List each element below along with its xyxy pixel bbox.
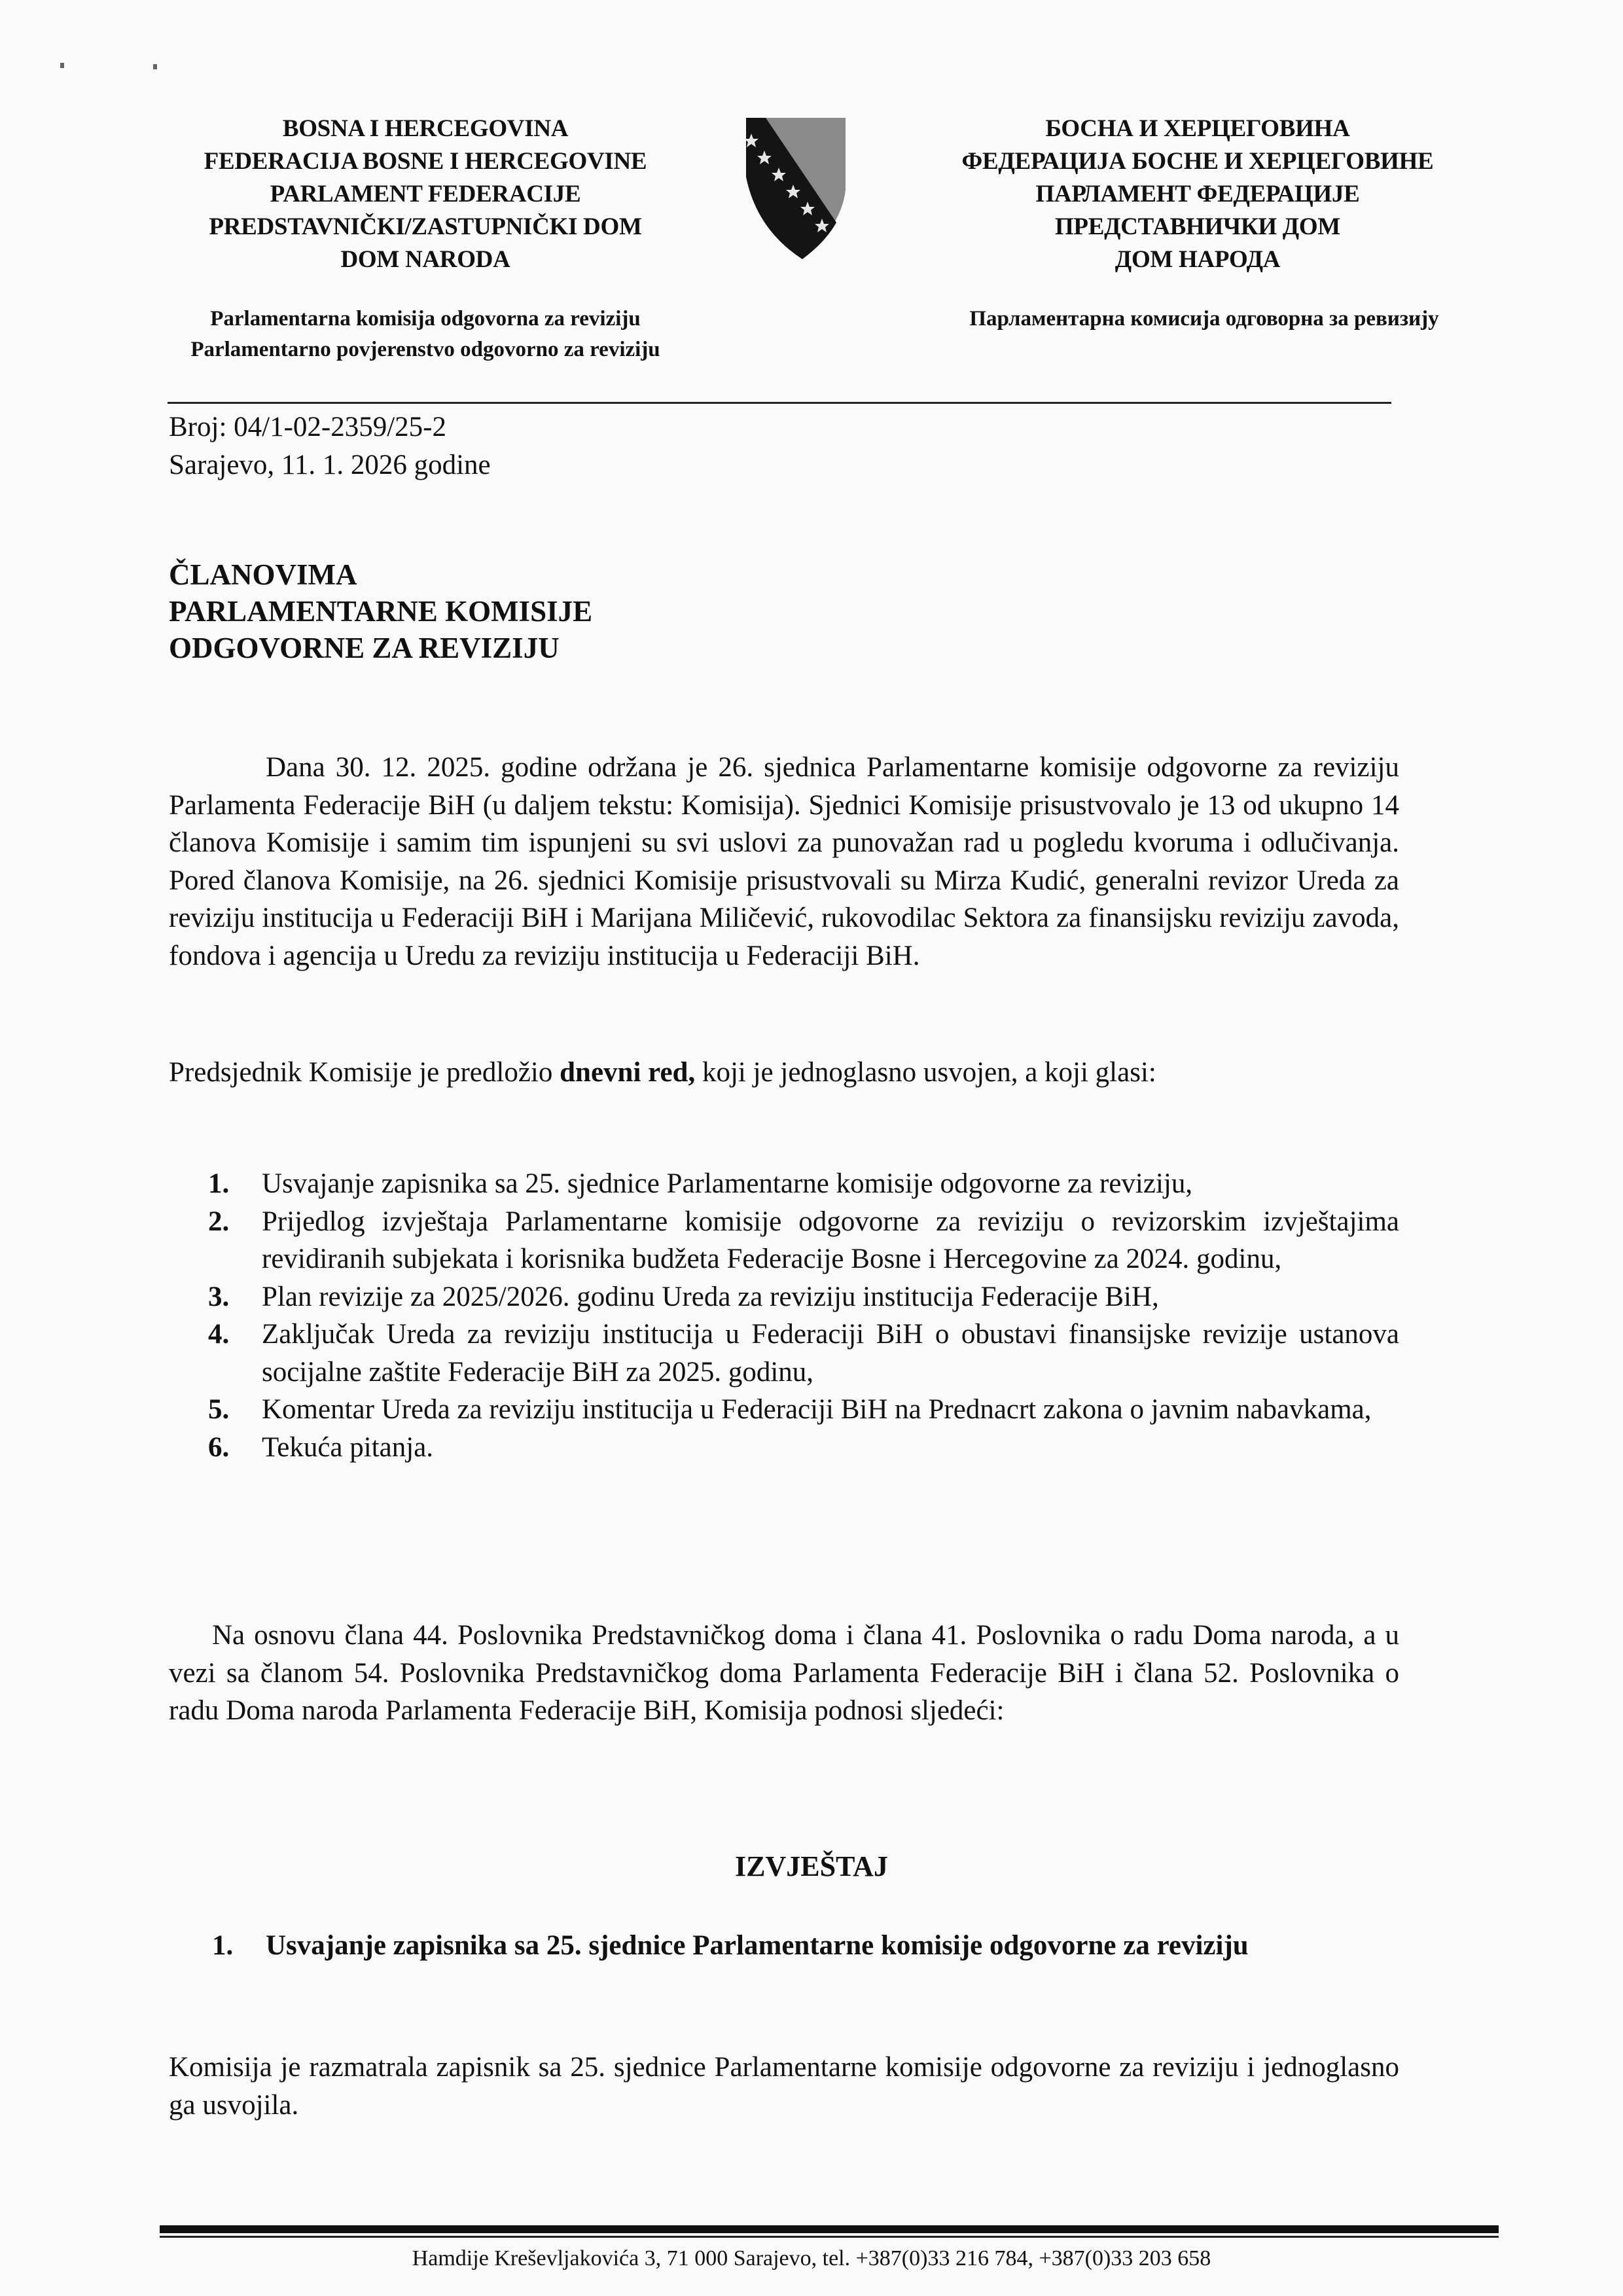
recipient-block: ČLANOVIMA PARLAMENTARNE KOMISIJE ODGOVOR… bbox=[169, 556, 592, 666]
footer-address: Hamdije Kreševljakovića 3, 71 000 Saraje… bbox=[0, 2246, 1623, 2271]
agenda-intro: Predsjednik Komisije je predložio dnevni… bbox=[169, 1054, 1399, 1092]
agenda-item-number: 2. bbox=[208, 1203, 229, 1241]
letterhead-line: PARLAMENT FEDERACIJE bbox=[131, 178, 720, 211]
agenda-list: 1.Usvajanje zapisnika sa 25. sjednice Pa… bbox=[203, 1165, 1399, 1466]
agenda-item-number: 4. bbox=[208, 1316, 229, 1354]
agenda-item-text: Plan revizije za 2025/2026. godinu Ureda… bbox=[262, 1282, 1159, 1312]
bih-coat-of-arms-icon bbox=[737, 111, 855, 263]
committee-line: Парламентарна комисија одговорна за реви… bbox=[890, 304, 1518, 334]
report-item-heading: 1. Usvajanje zapisnika sa 25. sjednice P… bbox=[209, 1927, 1399, 1964]
agenda-item: 2.Prijedlog izvještaja Parlamentarne kom… bbox=[203, 1203, 1399, 1278]
agenda-item-number: 6. bbox=[208, 1429, 229, 1467]
committee-name-latin: Parlamentarna komisija odgovorna za revi… bbox=[98, 304, 753, 365]
footer-divider-thin bbox=[160, 2236, 1499, 2238]
report-item-number: 1. bbox=[212, 1927, 233, 1964]
letterhead-line: FEDERACIJA BOSNE I HERCEGOVINE bbox=[131, 145, 720, 178]
agenda-item-number: 5. bbox=[208, 1391, 229, 1429]
agenda-item-text: Komentar Ureda za reviziju institucija u… bbox=[262, 1394, 1371, 1425]
agenda-item-text: Usvajanje zapisnika sa 25. sjednice Parl… bbox=[262, 1168, 1192, 1199]
agenda-item-text: Prijedlog izvještaja Parlamentarne komis… bbox=[262, 1206, 1399, 1275]
committee-name-cyrillic: Парламентарна комисија одговорна за реви… bbox=[890, 304, 1518, 334]
agenda-item: 4.Zaključak Ureda za reviziju institucij… bbox=[203, 1316, 1399, 1391]
committee-line: Parlamentarna komisija odgovorna za revi… bbox=[98, 304, 753, 334]
legal-basis-paragraph: Na osnovu člana 44. Poslovnika Predstavn… bbox=[169, 1617, 1399, 1730]
committee-line: Parlamentarno povjerenstvo odgovorno za … bbox=[98, 334, 753, 365]
agenda-item: 3.Plan revizije za 2025/2026. godinu Ure… bbox=[203, 1278, 1399, 1316]
letterhead-line: ФЕДЕРАЦИЈА БОСНЕ И ХЕРЦЕГОВИНЕ bbox=[897, 145, 1499, 178]
recipient-line: ODGOVORNE ZA REVIZIJU bbox=[169, 630, 592, 666]
letterhead-line: ДОМ НАРОДА bbox=[897, 243, 1499, 276]
agenda-intro-text: koji je jednoglasno usvojen, a koji glas… bbox=[695, 1057, 1156, 1088]
agenda-item: 1.Usvajanje zapisnika sa 25. sjednice Pa… bbox=[203, 1165, 1399, 1203]
letterhead-line: PREDSTAVNIČKI/ZASTUPNIČKI DOM bbox=[131, 211, 720, 243]
agenda-item-number: 1. bbox=[208, 1165, 229, 1203]
letterhead-cyrillic: БОСНА И ХЕРЦЕГОВИНА ФЕДЕРАЦИЈА БОСНЕ И Х… bbox=[897, 113, 1499, 276]
scan-speck bbox=[153, 64, 157, 69]
agenda-item: 6.Tekuća pitanja. bbox=[203, 1429, 1399, 1467]
letterhead-line: БОСНА И ХЕРЦЕГОВИНА bbox=[897, 113, 1499, 145]
recipient-line: PARLAMENTARNE KOMISIJE bbox=[169, 593, 592, 630]
report-title: IZVJEŠTAJ bbox=[0, 1850, 1623, 1883]
agenda-item-text: Zaključak Ureda za reviziju institucija … bbox=[262, 1319, 1399, 1388]
agenda-item-number: 3. bbox=[208, 1278, 229, 1316]
letterhead-line: ПРЕДСТАВНИЧКИ ДОМ bbox=[897, 211, 1499, 243]
header-divider bbox=[168, 402, 1391, 404]
scan-speck bbox=[60, 63, 64, 68]
document-number: Broj: 04/1-02-2359/25-2 bbox=[169, 408, 446, 446]
letterhead-line: BOSNA I HERCEGOVINA bbox=[131, 113, 720, 145]
letterhead-line: DOM NARODA bbox=[131, 243, 720, 276]
recipient-line: ČLANOVIMA bbox=[169, 556, 592, 593]
agenda-item: 5.Komentar Ureda za reviziju institucija… bbox=[203, 1391, 1399, 1429]
agenda-intro-text: Predsjednik Komisije je predložio bbox=[169, 1057, 560, 1088]
footer-divider-thick bbox=[160, 2225, 1499, 2233]
report-item-body: Komisija je razmatrala zapisnik sa 25. s… bbox=[169, 2049, 1399, 2124]
agenda-item-text: Tekuća pitanja. bbox=[262, 1432, 433, 1463]
agenda-intro-bold: dnevni red, bbox=[560, 1057, 695, 1088]
document-date: Sarajevo, 11. 1. 2026 godine bbox=[169, 446, 491, 484]
letterhead-latin: BOSNA I HERCEGOVINA FEDERACIJA BOSNE I H… bbox=[131, 113, 720, 276]
letterhead-line: ПАРЛАМЕНТ ФЕДЕРАЦИЈЕ bbox=[897, 178, 1499, 211]
intro-paragraph: Dana 30. 12. 2025. godine održana je 26.… bbox=[169, 749, 1399, 975]
report-item-heading-text: Usvajanje zapisnika sa 25. sjednice Parl… bbox=[266, 1930, 1249, 1961]
